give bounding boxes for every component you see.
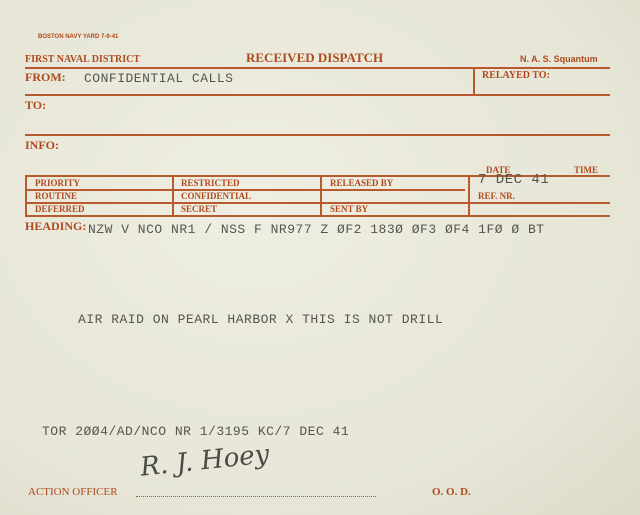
ood-label: O. O. D. — [432, 486, 471, 498]
form-title: RECEIVED DISPATCH — [246, 50, 383, 66]
secret-label: SECRET — [181, 204, 217, 214]
heading-value: NZW V NCO NR1 / NSS F NR977 Z ØF2 183Ø Ø… — [88, 222, 545, 237]
dispatch-form: BOSTON NAVY YARD 7-9-41 FIRST NAVAL DIST… — [0, 0, 640, 515]
divider — [25, 134, 610, 136]
routine-label: ROUTINE — [35, 191, 77, 201]
deferred-label: DEFERRED — [35, 204, 85, 214]
date-value: 7 DEC 41 — [478, 172, 549, 188]
district-label: FIRST NAVAL DISTRICT — [25, 54, 140, 65]
divider — [320, 175, 322, 215]
divider — [172, 175, 174, 215]
printer-note: BOSTON NAVY YARD 7-9-41 — [38, 34, 118, 40]
to-label: TO: — [25, 98, 46, 113]
action-officer-label: ACTION OFFICER — [28, 486, 118, 498]
from-label: FROM: — [25, 70, 66, 85]
divider — [25, 94, 610, 96]
signature-line — [136, 496, 376, 497]
divider — [468, 175, 470, 215]
restricted-label: RESTRICTED — [181, 178, 240, 188]
info-label: INFO: — [25, 138, 59, 153]
confidential-label: CONFIDENTIAL — [181, 191, 251, 201]
from-value: CONFIDENTIAL CALLS — [84, 71, 233, 86]
tor-line: TOR 2ØØ4/AD/NCO NR 1/3195 KC/7 DEC 41 — [42, 424, 349, 439]
divider — [25, 215, 610, 217]
divider — [25, 202, 610, 204]
signature: R. J. Hoey — [139, 439, 271, 482]
priority-label: PRIORITY — [35, 178, 80, 188]
divider — [25, 175, 27, 215]
relayed-to-label: RELAYED TO: — [482, 70, 550, 81]
time-label: TIME — [574, 165, 598, 175]
released-by-label: RELEASED BY — [330, 178, 393, 188]
ref-nr-label: REF. NR. — [478, 191, 515, 201]
divider — [25, 67, 610, 69]
divider — [473, 67, 475, 94]
station-label: N. A. S. Squantum — [520, 54, 598, 64]
message-body: AIR RAID ON PEARL HARBOR X THIS IS NOT D… — [78, 312, 443, 327]
sent-by-label: SENT BY — [330, 204, 368, 214]
heading-label: HEADING: — [25, 219, 86, 234]
